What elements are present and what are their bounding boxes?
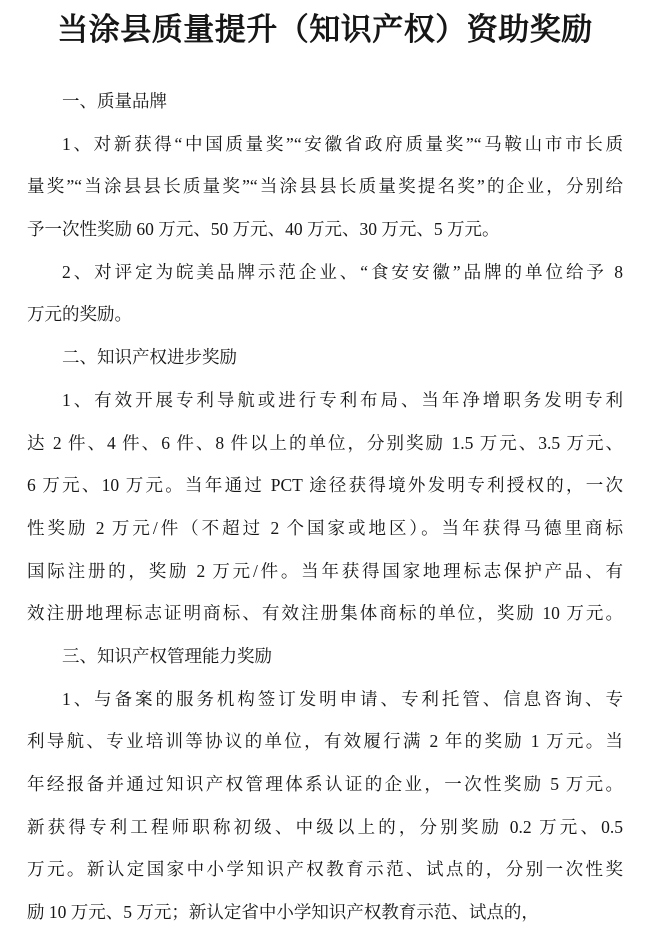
paragraph-line: 量奖”“当涂县县长质量奖”“当涂县县长质量奖提名奖”的企业，分别给 (27, 165, 623, 208)
paragraph-line: 达 2 件、4 件、6 件、8 件以上的单位，分别奖励 1.5 万元、3.5 万… (27, 422, 623, 465)
paragraph-line: 2、对评定为皖美品牌示范企业、“食安安徽”品牌的单位给予 8 (27, 251, 623, 294)
section-heading: 三、知识产权管理能力奖励 (27, 635, 623, 678)
paragraph-line: 1、与备案的服务机构签订发明申请、专利托管、信息咨询、专 (27, 678, 623, 721)
section-heading: 二、知识产权进步奖励 (27, 336, 623, 379)
paragraph-line: 效注册地理标志证明商标、有效注册集体商标的单位，奖励 10 万元。 (27, 592, 623, 635)
section-heading: 一、质量品牌 (27, 80, 623, 123)
document-title: 当涂县质量提升（知识产权）资助奖励 (27, 0, 623, 52)
paragraph-line: 予一次性奖励 60 万元、50 万元、40 万元、30 万元、5 万元。 (27, 208, 623, 251)
paragraph-line: 励 10 万元、5 万元；新认定省中小学知识产权教育示范、试点的， (27, 891, 623, 934)
paragraph-line: 1、对新获得“中国质量奖”“安徽省政府质量奖”“马鞍山市市长质 (27, 123, 623, 166)
paragraph-line: 利导航、专业培训等协议的单位，有效履行满 2 年的奖励 1 万元。当 (27, 720, 623, 763)
paragraph-line: 新获得专利工程师职称初级、中级以上的，分别奖励 0.2 万元、0.5 (27, 806, 623, 849)
document-body: 一、质量品牌1、对新获得“中国质量奖”“安徽省政府质量奖”“马鞍山市市长质量奖”… (27, 80, 623, 934)
paragraph-line: 国际注册的，奖励 2 万元/件。当年获得国家地理标志保护产品、有 (27, 550, 623, 593)
paragraph-line: 年经报备并通过知识产权管理体系认证的企业，一次性奖励 5 万元。 (27, 763, 623, 806)
paragraph-line: 性奖励 2 万元/件（不超过 2 个国家或地区）。当年获得马德里商标 (27, 507, 623, 550)
paragraph-line: 6 万元、10 万元。当年通过 PCT 途径获得境外发明专利授权的，一次 (27, 464, 623, 507)
paragraph-line: 万元的奖励。 (27, 293, 623, 336)
paragraph-line: 1、有效开展专利导航或进行专利布局、当年净增职务发明专利 (27, 379, 623, 422)
document-page: 当涂县质量提升（知识产权）资助奖励 一、质量品牌1、对新获得“中国质量奖”“安徽… (0, 0, 650, 939)
paragraph-line: 万元。新认定国家中小学知识产权教育示范、试点的，分别一次性奖 (27, 848, 623, 891)
